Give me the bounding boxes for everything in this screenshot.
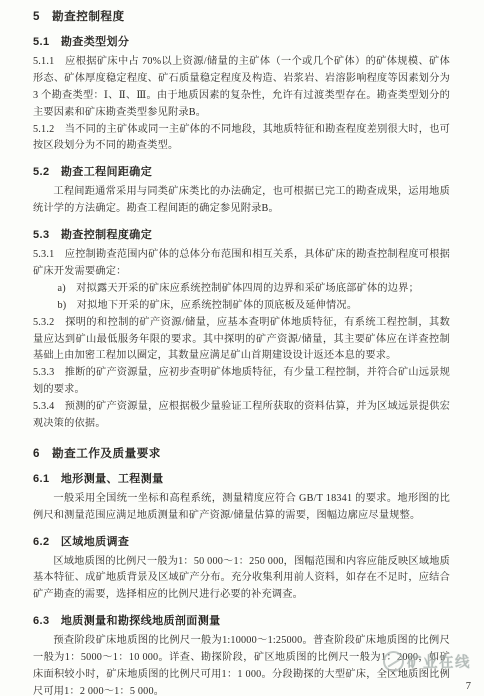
section-5-1-heading: 5.1 勘查类型划分 bbox=[33, 34, 450, 51]
page-number: 7 bbox=[466, 681, 471, 692]
clause-5-2-paragraph: 工程间距通常采用与同类矿床类比的办法确定，也可根据已完工的勘查成果，运用地质统计… bbox=[33, 184, 450, 218]
clause-6-3-paragraph: 预查阶段矿床地质图的比例尺一般为1:10000～1:25000。普查阶段矿床地质… bbox=[33, 633, 450, 696]
clause-6-1-paragraph: 一般采用全国统一坐标和高程系统，测量精度应符合 GB/T 18341 的要求。地… bbox=[33, 491, 450, 525]
clause-5-1-2: 5.1.2 当不同的主矿体或同一主矿体的不同地段，其地质特征和勘查程度差别很大时… bbox=[33, 122, 450, 156]
section-6-3-heading: 6.3 地质测量和勘探线地质剖面测量 bbox=[33, 613, 450, 630]
section-5-3-heading: 5.3 勘查控制程度确定 bbox=[33, 227, 450, 244]
section-5-heading: 5 勘查控制程度 bbox=[33, 8, 450, 25]
clause-5-3-1: 5.3.1 应控制勘查范围内矿体的总体分布范围和相互关系，具体矿床的勘查控制程度… bbox=[33, 247, 450, 281]
clause-5-3-3: 5.3.3 推断的矿产资源量，应初步查明矿体地质特征，有少量工程控制，并符合矿山… bbox=[33, 365, 450, 399]
document-page: 5 勘查控制程度 5.1 勘查类型划分 5.1.1 应根据矿床中占 70%以上资… bbox=[0, 0, 484, 696]
clause-5-3-2: 5.3.2 探明的和控制的矿产资源/储量，应基本查明矿体地质特征，有系统工程控制… bbox=[33, 315, 450, 366]
section-6-2-heading: 6.2 区域地质调查 bbox=[33, 534, 450, 551]
section-6-1-heading: 6.1 地形测量、工程测量 bbox=[33, 471, 450, 488]
clause-6-2-paragraph: 区域地质图的比例尺一般为1：50 000～1：250 000，图幅范围和内容应能… bbox=[33, 554, 450, 605]
clause-5-3-1-item-a: a) 对拟露天开采的矿床应系统控制矿体四周的边界和采矿场底部矿体的边界； bbox=[33, 281, 450, 298]
clause-5-3-1-item-b: b) 对拟地下开采的矿床，应系统控制矿体的顶底板及延伸情况。 bbox=[33, 298, 450, 315]
section-5-2-heading: 5.2 勘查工程间距确定 bbox=[33, 164, 450, 181]
clause-5-1-1: 5.1.1 应根据矿床中占 70%以上资源/储量的主矿体（一个或几个矿体）的矿体… bbox=[33, 54, 450, 122]
section-6-heading: 6 勘查工作及质量要求 bbox=[33, 445, 450, 462]
clause-5-3-4: 5.3.4 预测的矿产资源量，应根据极少量验证工程所获取的资料估算，并为区域远景… bbox=[33, 399, 450, 433]
